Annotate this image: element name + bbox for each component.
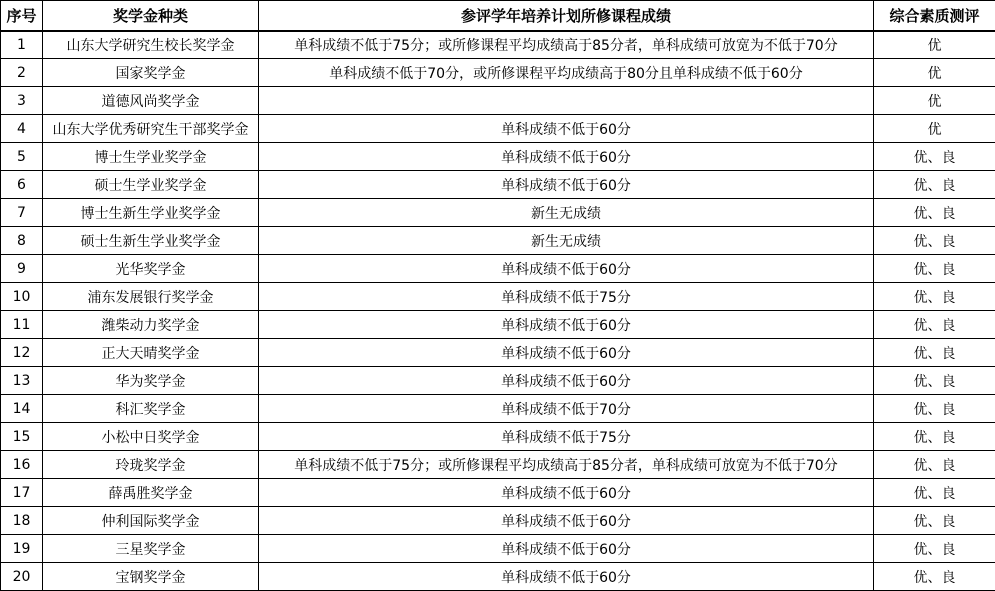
table-row: 9 光华奖学金 单科成绩不低于60分 优、良 (1, 255, 995, 283)
cell-no: 14 (1, 395, 43, 423)
cell-requirement: 新生无成绩 (259, 227, 874, 255)
table-row: 3 道德风尚奖学金 优 (1, 87, 995, 115)
cell-requirement: 单科成绩不低于60分 (259, 367, 874, 395)
table-row: 15 小松中日奖学金 单科成绩不低于75分 优、良 (1, 423, 995, 451)
table-row: 14 科汇奖学金 单科成绩不低于70分 优、良 (1, 395, 995, 423)
cell-requirement: 单科成绩不低于75分；或所修课程平均成绩高于85分者，单科成绩可放宽为不低于70… (259, 31, 874, 59)
cell-requirement: 新生无成绩 (259, 199, 874, 227)
table-row: 10 浦东发展银行奖学金 单科成绩不低于75分 优、良 (1, 283, 995, 311)
cell-evaluation: 优、良 (874, 423, 995, 451)
cell-requirement: 单科成绩不低于75分；或所修课程平均成绩高于85分者，单科成绩可放宽为不低于70… (259, 451, 874, 479)
header-evaluation: 综合素质测评 (874, 1, 995, 31)
table-row: 1 山东大学研究生校长奖学金 单科成绩不低于75分；或所修课程平均成绩高于85分… (1, 31, 995, 59)
cell-evaluation: 优、良 (874, 535, 995, 563)
cell-requirement: 单科成绩不低于75分 (259, 283, 874, 311)
table-body: 1 山东大学研究生校长奖学金 单科成绩不低于75分；或所修课程平均成绩高于85分… (1, 31, 995, 591)
cell-type: 仲利国际奖学金 (43, 507, 259, 535)
cell-evaluation: 优 (874, 59, 995, 87)
cell-no: 15 (1, 423, 43, 451)
cell-requirement: 单科成绩不低于70分 (259, 395, 874, 423)
cell-requirement: 单科成绩不低于60分 (259, 311, 874, 339)
cell-evaluation: 优 (874, 115, 995, 143)
scholarship-table: 序号 奖学金种类 参评学年培养计划所修课程成绩 综合素质测评 1 山东大学研究生… (0, 0, 995, 591)
cell-requirement: 单科成绩不低于60分 (259, 115, 874, 143)
cell-type: 硕士生新生学业奖学金 (43, 227, 259, 255)
cell-type: 小松中日奖学金 (43, 423, 259, 451)
cell-type: 正大天晴奖学金 (43, 339, 259, 367)
header-no: 序号 (1, 1, 43, 31)
cell-type: 科汇奖学金 (43, 395, 259, 423)
table-row: 19 三星奖学金 单科成绩不低于60分 优、良 (1, 535, 995, 563)
cell-type: 三星奖学金 (43, 535, 259, 563)
table-row: 11 潍柴动力奖学金 单科成绩不低于60分 优、良 (1, 311, 995, 339)
cell-requirement: 单科成绩不低于60分 (259, 563, 874, 591)
cell-no: 5 (1, 143, 43, 171)
cell-evaluation: 优、良 (874, 255, 995, 283)
cell-evaluation: 优、良 (874, 143, 995, 171)
cell-no: 10 (1, 283, 43, 311)
table-row: 4 山东大学优秀研究生干部奖学金 单科成绩不低于60分 优 (1, 115, 995, 143)
cell-requirement: 单科成绩不低于60分 (259, 255, 874, 283)
table-row: 20 宝钢奖学金 单科成绩不低于60分 优、良 (1, 563, 995, 591)
cell-requirement: 单科成绩不低于60分 (259, 479, 874, 507)
cell-requirement: 单科成绩不低于60分 (259, 507, 874, 535)
cell-type: 博士生学业奖学金 (43, 143, 259, 171)
cell-no: 20 (1, 563, 43, 591)
cell-no: 19 (1, 535, 43, 563)
table-row: 5 博士生学业奖学金 单科成绩不低于60分 优、良 (1, 143, 995, 171)
cell-type: 硕士生学业奖学金 (43, 171, 259, 199)
cell-evaluation: 优、良 (874, 171, 995, 199)
cell-evaluation: 优、良 (874, 339, 995, 367)
cell-requirement: 单科成绩不低于60分 (259, 143, 874, 171)
cell-evaluation: 优 (874, 87, 995, 115)
cell-evaluation: 优、良 (874, 283, 995, 311)
cell-evaluation: 优、良 (874, 367, 995, 395)
cell-no: 18 (1, 507, 43, 535)
cell-no: 9 (1, 255, 43, 283)
cell-no: 3 (1, 87, 43, 115)
cell-no: 16 (1, 451, 43, 479)
cell-requirement: 单科成绩不低于70分，或所修课程平均成绩高于80分且单科成绩不低于60分 (259, 59, 874, 87)
table-row: 18 仲利国际奖学金 单科成绩不低于60分 优、良 (1, 507, 995, 535)
table-row: 13 华为奖学金 单科成绩不低于60分 优、良 (1, 367, 995, 395)
cell-evaluation: 优、良 (874, 563, 995, 591)
cell-requirement (259, 87, 874, 115)
cell-type: 宝钢奖学金 (43, 563, 259, 591)
table-row: 8 硕士生新生学业奖学金 新生无成绩 优、良 (1, 227, 995, 255)
cell-evaluation: 优、良 (874, 451, 995, 479)
cell-evaluation: 优、良 (874, 311, 995, 339)
cell-no: 13 (1, 367, 43, 395)
table-row: 17 薛禹胜奖学金 单科成绩不低于60分 优、良 (1, 479, 995, 507)
cell-type: 潍柴动力奖学金 (43, 311, 259, 339)
cell-type: 山东大学研究生校长奖学金 (43, 31, 259, 59)
cell-type: 博士生新生学业奖学金 (43, 199, 259, 227)
cell-no: 11 (1, 311, 43, 339)
cell-requirement: 单科成绩不低于75分 (259, 423, 874, 451)
cell-no: 2 (1, 59, 43, 87)
cell-evaluation: 优、良 (874, 395, 995, 423)
cell-type: 玲珑奖学金 (43, 451, 259, 479)
cell-type: 薛禹胜奖学金 (43, 479, 259, 507)
cell-no: 6 (1, 171, 43, 199)
cell-type: 华为奖学金 (43, 367, 259, 395)
cell-evaluation: 优、良 (874, 479, 995, 507)
header-requirement: 参评学年培养计划所修课程成绩 (259, 1, 874, 31)
table-row: 16 玲珑奖学金 单科成绩不低于75分；或所修课程平均成绩高于85分者，单科成绩… (1, 451, 995, 479)
header-type: 奖学金种类 (43, 1, 259, 31)
cell-evaluation: 优、良 (874, 227, 995, 255)
cell-no: 4 (1, 115, 43, 143)
cell-type: 山东大学优秀研究生干部奖学金 (43, 115, 259, 143)
cell-no: 8 (1, 227, 43, 255)
header-row: 序号 奖学金种类 参评学年培养计划所修课程成绩 综合素质测评 (1, 1, 995, 31)
table-row: 7 博士生新生学业奖学金 新生无成绩 优、良 (1, 199, 995, 227)
cell-evaluation: 优 (874, 31, 995, 59)
cell-evaluation: 优、良 (874, 507, 995, 535)
cell-requirement: 单科成绩不低于60分 (259, 535, 874, 563)
cell-type: 道德风尚奖学金 (43, 87, 259, 115)
table-row: 2 国家奖学金 单科成绩不低于70分，或所修课程平均成绩高于80分且单科成绩不低… (1, 59, 995, 87)
cell-evaluation: 优、良 (874, 199, 995, 227)
cell-requirement: 单科成绩不低于60分 (259, 339, 874, 367)
cell-requirement: 单科成绩不低于60分 (259, 171, 874, 199)
cell-type: 光华奖学金 (43, 255, 259, 283)
cell-type: 浦东发展银行奖学金 (43, 283, 259, 311)
table-row: 12 正大天晴奖学金 单科成绩不低于60分 优、良 (1, 339, 995, 367)
cell-type: 国家奖学金 (43, 59, 259, 87)
cell-no: 7 (1, 199, 43, 227)
cell-no: 1 (1, 31, 43, 59)
table-row: 6 硕士生学业奖学金 单科成绩不低于60分 优、良 (1, 171, 995, 199)
cell-no: 12 (1, 339, 43, 367)
cell-no: 17 (1, 479, 43, 507)
